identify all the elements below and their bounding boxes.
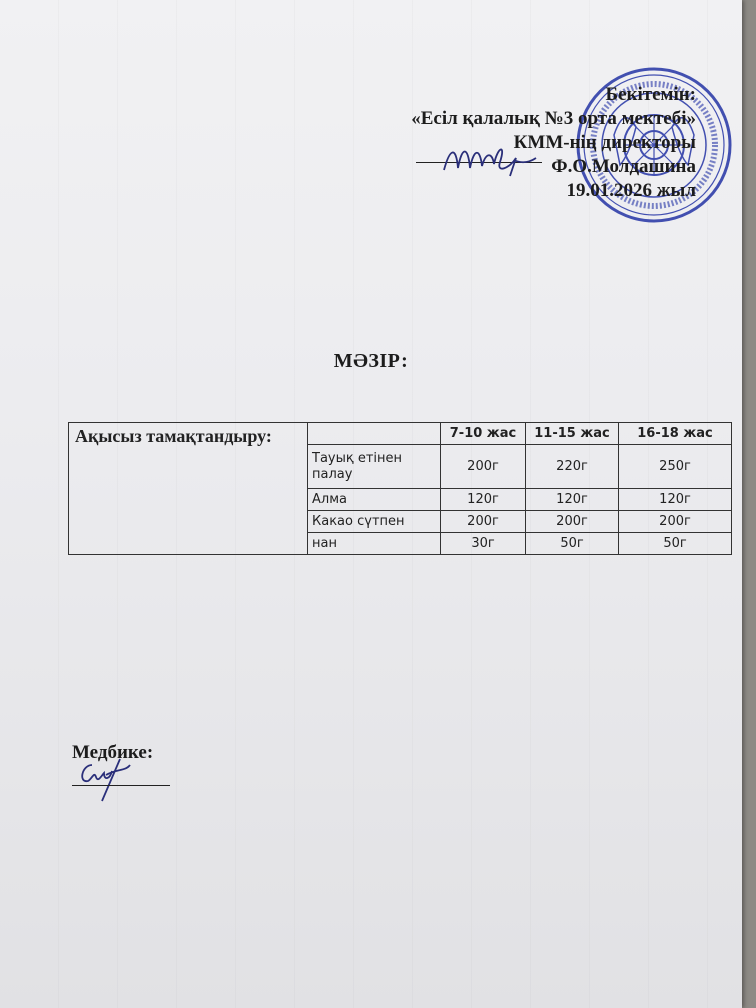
menu-table: Ақысыз тамақтандыру: 7-10 жас 11-15 жас … <box>68 422 732 555</box>
school-name: «Есіл қалалық №3 орта мектебі» <box>411 107 696 131</box>
nurse-signature-line <box>72 785 170 786</box>
portion-value: 120г <box>441 489 526 511</box>
portion-value: 120г <box>619 489 732 511</box>
page-title: МӘЗІР: <box>0 350 742 373</box>
portion-value: 220г <box>526 445 619 489</box>
portion-value: 200г <box>526 511 619 533</box>
food-name: Тауық етінен палау <box>308 445 441 489</box>
nurse-signature-icon <box>76 755 136 805</box>
portion-value: 250г <box>619 445 732 489</box>
approval-date: 19.01.2026 жыл <box>411 179 696 203</box>
approve-label: Бекітемін: <box>411 83 696 107</box>
table-header-row: Ақысыз тамақтандыру: 7-10 жас 11-15 жас … <box>69 423 732 445</box>
portion-value: 200г <box>441 445 526 489</box>
column-header: 11-15 жас <box>526 423 619 445</box>
portion-value: 50г <box>526 533 619 555</box>
column-header: 7-10 жас <box>441 423 526 445</box>
food-name: нан <box>308 533 441 555</box>
document-page: Бекітемін: «Есіл қалалық №3 орта мектебі… <box>0 0 742 1008</box>
food-name: Алма <box>308 489 441 511</box>
column-header <box>308 423 441 445</box>
category-label: Ақысыз тамақтандыру: <box>69 423 308 555</box>
food-name: Какао сүтпен <box>308 511 441 533</box>
portion-value: 200г <box>441 511 526 533</box>
column-header: 16-18 жас <box>619 423 732 445</box>
portion-value: 200г <box>619 511 732 533</box>
portion-value: 30г <box>441 533 526 555</box>
portion-value: 50г <box>619 533 732 555</box>
director-signature-icon <box>440 138 540 178</box>
portion-value: 120г <box>526 489 619 511</box>
